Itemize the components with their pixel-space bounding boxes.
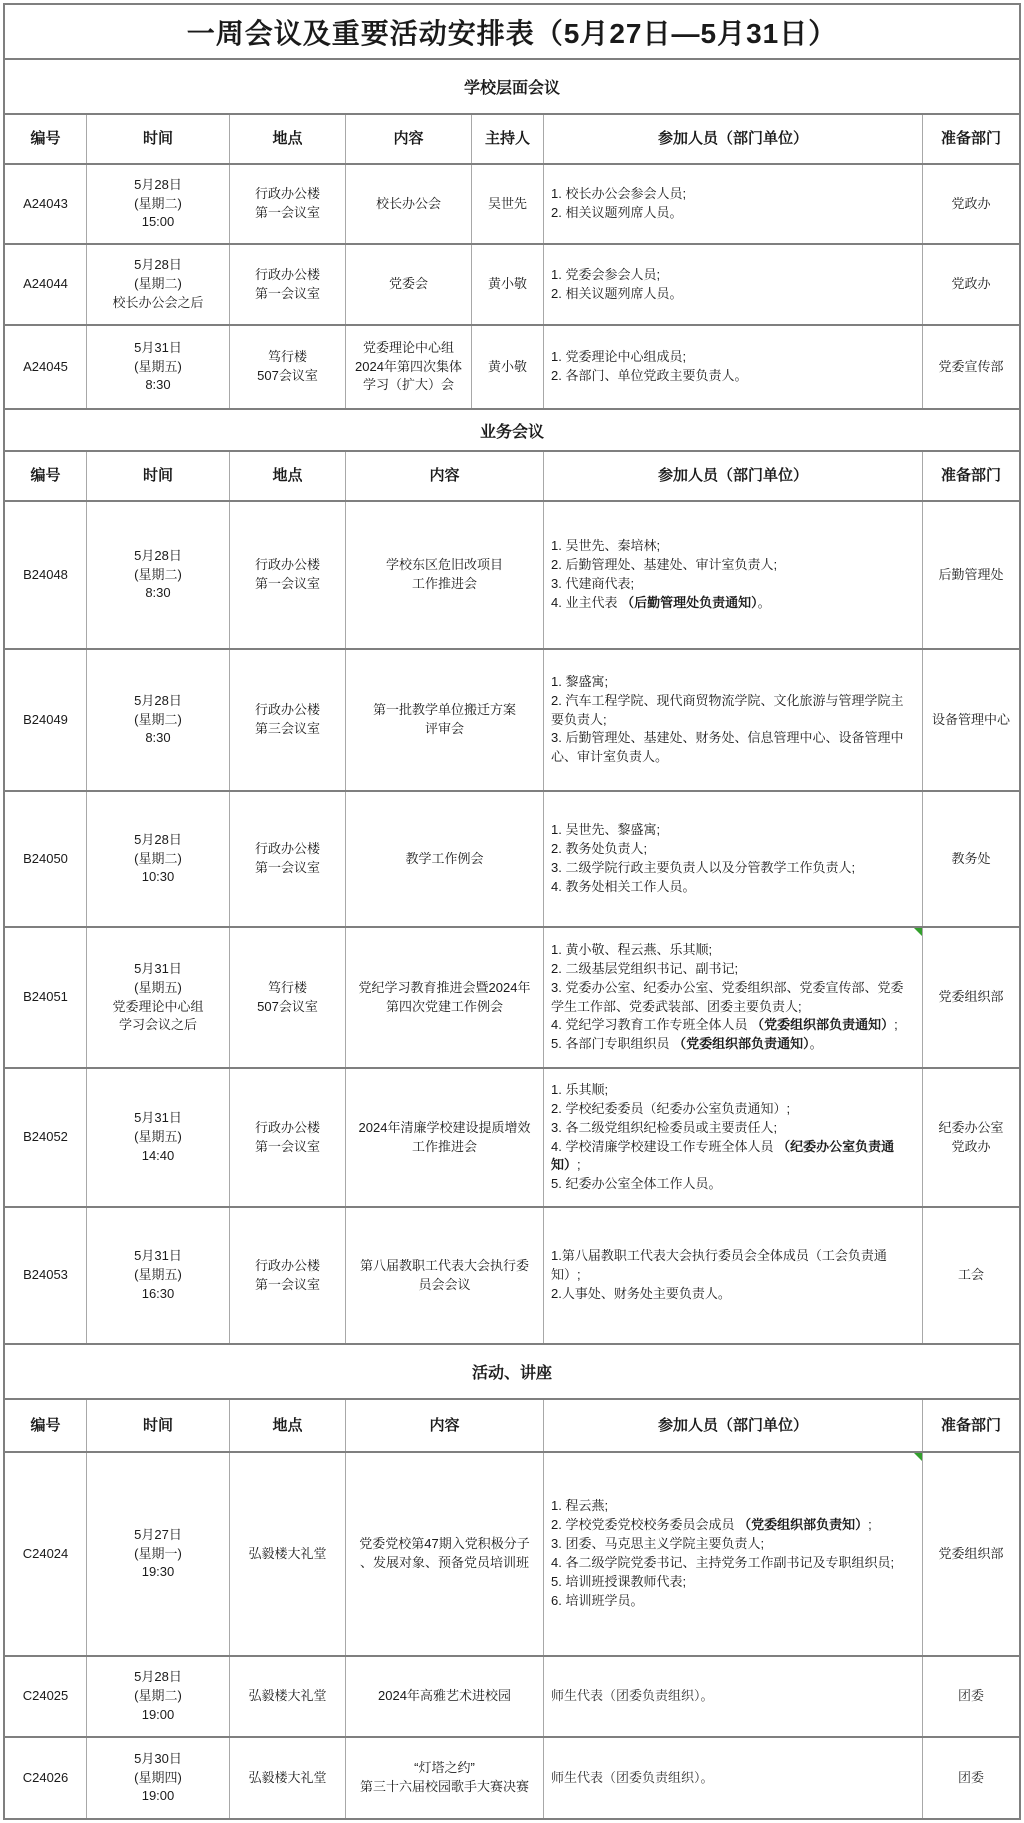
cell-time: 5月31日 (星期五) 党委理论中心组 学习会议之后 xyxy=(87,928,230,1067)
cell-time: 5月28日 (星期二) 校长办公会之后 xyxy=(87,245,230,324)
cell-dept: 纪委办公室 党政办 xyxy=(923,1069,1019,1206)
participant-line: 2. 学校纪委委员（纪委办公室负责通知）; xyxy=(551,1100,914,1119)
participant-line: 5. 各部门专职组织员 （党委组织部负责通知）。 xyxy=(551,1035,914,1054)
cell-content: 第八届教职工代表大会执行委 员会会议 xyxy=(346,1208,544,1343)
cell-host: 吴世先 xyxy=(472,165,544,243)
table-row-B24049: B240495月28日 (星期二) 8:30行政办公楼 第三会议室第一批教学单位… xyxy=(5,648,1019,790)
cell-dept: 团委 xyxy=(923,1738,1019,1818)
participant-line: 2. 二级基层党组织书记、副书记; xyxy=(551,960,914,979)
participant-line: 1. 黎盛寓; xyxy=(551,673,914,692)
participant-line: 4. 业主代表 （后勤管理处负责通知）。 xyxy=(551,594,914,613)
participant-line: 3. 代建商代表; xyxy=(551,575,914,594)
table-row-C24025: C240255月28日 (星期二) 19:00弘毅楼大礼堂2024年高雅艺术进校… xyxy=(5,1655,1019,1736)
cell-code: A24043 xyxy=(5,165,87,243)
participant-line: 4. 党纪学习教育工作专班全体人员 （党委组织部负责通知）; xyxy=(551,1016,914,1035)
cell-dept: 教务处 xyxy=(923,792,1019,926)
cell-place: 弘毅楼大礼堂 xyxy=(230,1453,346,1655)
table-row-B24052: B240525月31日 (星期五) 14:40行政办公楼 第一会议室2024年清… xyxy=(5,1067,1019,1206)
column-header-row: 编号时间地点内容参加人员（部门单位）准备部门 xyxy=(5,1398,1019,1451)
cell-dept: 设备管理中心 xyxy=(923,650,1019,790)
table-sections: 学校层面会议编号时间地点内容主持人参加人员（部门单位）准备部门A240435月2… xyxy=(5,58,1019,1818)
column-header: 地点 xyxy=(230,115,346,163)
table-row-B24051: B240515月31日 (星期五) 党委理论中心组 学习会议之后笃行楼 507会… xyxy=(5,926,1019,1067)
table-row-A24043: A240435月28日 (星期二) 15:00行政办公楼 第一会议室校长办公会吴… xyxy=(5,163,1019,243)
participant-line: 1.第八届教职工代表大会执行委员会全体成员（工会负责通知）; xyxy=(551,1247,914,1285)
participant-line: 1. 吴世先、秦培林; xyxy=(551,537,914,556)
table-row-A24044: A240445月28日 (星期二) 校长办公会之后行政办公楼 第一会议室党委会黄… xyxy=(5,243,1019,324)
participant-line: 3. 团委、马克思主义学院主要负责人; xyxy=(551,1535,914,1554)
participant-line: 1. 乐其顺; xyxy=(551,1081,914,1100)
column-header: 时间 xyxy=(87,115,230,163)
cell-participants: 1. 吴世先、秦培林;2. 后勤管理处、基建处、审计室负责人;3. 代建商代表;… xyxy=(544,502,923,648)
column-header-row: 编号时间地点内容主持人参加人员（部门单位）准备部门 xyxy=(5,113,1019,163)
participant-line: 2. 学校党委党校校务委员会成员 （党委组织部负责知）; xyxy=(551,1516,914,1535)
column-header: 参加人员（部门单位） xyxy=(544,1400,923,1451)
cell-code: C24026 xyxy=(5,1738,87,1818)
cell-place: 行政办公楼 第三会议室 xyxy=(230,650,346,790)
column-header: 主持人 xyxy=(472,115,544,163)
cell-participants: 1. 乐其顺;2. 学校纪委委员（纪委办公室负责通知）;3. 各二级党组织纪检委… xyxy=(544,1069,923,1206)
table-row-B24050: B240505月28日 (星期二) 10:30行政办公楼 第一会议室教学工作例会… xyxy=(5,790,1019,926)
participant-line: 5. 纪委办公室全体工作人员。 xyxy=(551,1175,914,1194)
participant-line: 师生代表（团委负责组织）。 xyxy=(551,1769,914,1788)
cell-comment-marker-icon xyxy=(914,1453,922,1461)
cell-content: “灯塔之约” 第三十六届校园歌手大赛决赛 xyxy=(346,1738,544,1818)
participant-line: 3. 各二级党组织纪检委员或主要责任人; xyxy=(551,1119,914,1138)
cell-content: 党委会 xyxy=(346,245,472,324)
cell-code: B24050 xyxy=(5,792,87,926)
table-row-C24026: C240265月30日 (星期四) 19:00弘毅楼大礼堂“灯塔之约” 第三十六… xyxy=(5,1736,1019,1818)
cell-content: 2024年清廉学校建设提质增效 工作推进会 xyxy=(346,1069,544,1206)
column-header: 内容 xyxy=(346,115,472,163)
cell-participants: 1. 吴世先、黎盛寓;2. 教务处负责人;3. 二级学院行政主要负责人以及分管教… xyxy=(544,792,923,926)
cell-place: 行政办公楼 第一会议室 xyxy=(230,792,346,926)
cell-dept: 党政办 xyxy=(923,165,1019,243)
participant-line: 1. 党委会参会人员; xyxy=(551,266,914,285)
table-row-C24024: C240245月27日 (星期一) 19:30弘毅楼大礼堂党委党校第47期入党积… xyxy=(5,1451,1019,1655)
cell-place: 笃行楼 507会议室 xyxy=(230,326,346,408)
cell-code: C24024 xyxy=(5,1453,87,1655)
column-header: 参加人员（部门单位） xyxy=(544,452,923,500)
cell-code: A24045 xyxy=(5,326,87,408)
cell-participants: 1. 党委会参会人员;2. 相关议题列席人员。 xyxy=(544,245,923,324)
section-header-活动、讲座: 活动、讲座 xyxy=(5,1343,1019,1398)
cell-host: 黄小敬 xyxy=(472,326,544,408)
cell-content: 教学工作例会 xyxy=(346,792,544,926)
cell-time: 5月31日 (星期五) 8:30 xyxy=(87,326,230,408)
cell-place: 弘毅楼大礼堂 xyxy=(230,1738,346,1818)
column-header: 地点 xyxy=(230,452,346,500)
section-header-业务会议: 业务会议 xyxy=(5,408,1019,450)
cell-time: 5月31日 (星期五) 16:30 xyxy=(87,1208,230,1343)
participant-line: 3. 二级学院行政主要负责人以及分管教学工作负责人; xyxy=(551,859,914,878)
cell-content: 2024年高雅艺术进校园 xyxy=(346,1657,544,1736)
participant-line: 4. 教务处相关工作人员。 xyxy=(551,878,914,897)
cell-dept: 党委组织部 xyxy=(923,928,1019,1067)
column-header: 编号 xyxy=(5,115,87,163)
column-header: 地点 xyxy=(230,1400,346,1451)
participant-line: 师生代表（团委负责组织）。 xyxy=(551,1687,914,1706)
column-header: 准备部门 xyxy=(923,452,1019,500)
table-row-A24045: A240455月31日 (星期五) 8:30笃行楼 507会议室党委理论中心组 … xyxy=(5,324,1019,408)
cell-participants: 师生代表（团委负责组织）。 xyxy=(544,1657,923,1736)
column-header: 编号 xyxy=(5,1400,87,1451)
cell-code: B24051 xyxy=(5,928,87,1067)
cell-content: 校长办公会 xyxy=(346,165,472,243)
participant-line: 3. 后勤管理处、基建处、财务处、信息管理中心、设备管理中心、审计室负责人。 xyxy=(551,729,914,767)
cell-dept: 党委宣传部 xyxy=(923,326,1019,408)
cell-participants: 1. 党委理论中心组成员;2. 各部门、单位党政主要负责人。 xyxy=(544,326,923,408)
cell-participants: 1. 程云燕;2. 学校党委党校校务委员会成员 （党委组织部负责知）;3. 团委… xyxy=(544,1453,923,1655)
cell-time: 5月28日 (星期二) 8:30 xyxy=(87,502,230,648)
participant-line: 6. 培训班学员。 xyxy=(551,1592,914,1611)
cell-dept: 党政办 xyxy=(923,245,1019,324)
cell-time: 5月31日 (星期五) 14:40 xyxy=(87,1069,230,1206)
column-header: 内容 xyxy=(346,452,544,500)
column-header: 内容 xyxy=(346,1400,544,1451)
participant-line: 1. 吴世先、黎盛寓; xyxy=(551,821,914,840)
participant-line: 2. 后勤管理处、基建处、审计室负责人; xyxy=(551,556,914,575)
cell-content: 党委理论中心组 2024年第四次集体 学习（扩大）会 xyxy=(346,326,472,408)
cell-participants: 1.第八届教职工代表大会执行委员会全体成员（工会负责通知）;2.人事处、财务处主… xyxy=(544,1208,923,1343)
cell-comment-marker-icon xyxy=(914,928,922,936)
cell-dept: 团委 xyxy=(923,1657,1019,1736)
column-header: 时间 xyxy=(87,452,230,500)
participant-line: 2. 相关议题列席人员。 xyxy=(551,285,914,304)
participant-line: 2. 教务处负责人; xyxy=(551,840,914,859)
cell-time: 5月28日 (星期二) 19:00 xyxy=(87,1657,230,1736)
participant-line: 2.人事处、财务处主要负责人。 xyxy=(551,1285,914,1304)
participant-line: 2. 各部门、单位党政主要负责人。 xyxy=(551,367,914,386)
cell-place: 笃行楼 507会议室 xyxy=(230,928,346,1067)
cell-content: 党委党校第47期入党积极分子 、发展对象、预备党员培训班 xyxy=(346,1453,544,1655)
cell-code: B24049 xyxy=(5,650,87,790)
participant-line: 5. 培训班授课教师代表; xyxy=(551,1573,914,1592)
cell-place: 行政办公楼 第一会议室 xyxy=(230,1208,346,1343)
participant-line: 1. 黄小敬、程云燕、乐其顺; xyxy=(551,941,914,960)
participant-line: 1. 党委理论中心组成员; xyxy=(551,348,914,367)
cell-dept: 后勤管理处 xyxy=(923,502,1019,648)
cell-participants: 师生代表（团委负责组织）。 xyxy=(544,1738,923,1818)
cell-code: B24053 xyxy=(5,1208,87,1343)
cell-time: 5月28日 (星期二) 8:30 xyxy=(87,650,230,790)
cell-content: 党纪学习教育推进会暨2024年 第四次党建工作例会 xyxy=(346,928,544,1067)
cell-place: 行政办公楼 第一会议室 xyxy=(230,1069,346,1206)
column-header: 参加人员（部门单位） xyxy=(544,115,923,163)
cell-host: 黄小敬 xyxy=(472,245,544,324)
weekly-schedule-table: 一周会议及重要活动安排表（5月27日—5月31日） 学校层面会议编号时间地点内容… xyxy=(3,3,1021,1820)
participant-line: 4. 各二级学院党委书记、主持党务工作副书记及专职组织员; xyxy=(551,1554,914,1573)
page-title: 一周会议及重要活动安排表（5月27日—5月31日） xyxy=(5,5,1019,58)
cell-time: 5月30日 (星期四) 19:00 xyxy=(87,1738,230,1818)
column-header: 时间 xyxy=(87,1400,230,1451)
cell-participants: 1. 黄小敬、程云燕、乐其顺;2. 二级基层党组织书记、副书记;3. 党委办公室… xyxy=(544,928,923,1067)
section-header-学校层面会议: 学校层面会议 xyxy=(5,58,1019,113)
cell-dept: 工会 xyxy=(923,1208,1019,1343)
cell-place: 行政办公楼 第一会议室 xyxy=(230,165,346,243)
cell-code: B24052 xyxy=(5,1069,87,1206)
cell-time: 5月28日 (星期二) 15:00 xyxy=(87,165,230,243)
column-header-row: 编号时间地点内容参加人员（部门单位）准备部门 xyxy=(5,450,1019,500)
cell-code: B24048 xyxy=(5,502,87,648)
column-header: 准备部门 xyxy=(923,115,1019,163)
participant-line: 3. 党委办公室、纪委办公室、党委组织部、党委宣传部、党委学生工作部、党委武装部… xyxy=(551,979,914,1017)
cell-time: 5月27日 (星期一) 19:30 xyxy=(87,1453,230,1655)
participant-line: 2. 相关议题列席人员。 xyxy=(551,204,914,223)
cell-content: 第一批教学单位搬迁方案 评审会 xyxy=(346,650,544,790)
cell-time: 5月28日 (星期二) 10:30 xyxy=(87,792,230,926)
cell-participants: 1. 黎盛寓;2. 汽车工程学院、现代商贸物流学院、文化旅游与管理学院主要负责人… xyxy=(544,650,923,790)
cell-content: 学校东区危旧改项目 工作推进会 xyxy=(346,502,544,648)
cell-code: C24025 xyxy=(5,1657,87,1736)
table-row-B24053: B240535月31日 (星期五) 16:30行政办公楼 第一会议室第八届教职工… xyxy=(5,1206,1019,1343)
column-header: 准备部门 xyxy=(923,1400,1019,1451)
participant-line: 2. 汽车工程学院、现代商贸物流学院、文化旅游与管理学院主要负责人; xyxy=(551,692,914,730)
participant-line: 4. 学校清廉学校建设工作专班全体人员 （纪委办公室负责通知）; xyxy=(551,1138,914,1176)
table-row-B24048: B240485月28日 (星期二) 8:30行政办公楼 第一会议室学校东区危旧改… xyxy=(5,500,1019,648)
participant-line: 1. 程云燕; xyxy=(551,1497,914,1516)
cell-place: 行政办公楼 第一会议室 xyxy=(230,245,346,324)
participant-line: 1. 校长办公会参会人员; xyxy=(551,185,914,204)
cell-dept: 党委组织部 xyxy=(923,1453,1019,1655)
column-header: 编号 xyxy=(5,452,87,500)
cell-place: 弘毅楼大礼堂 xyxy=(230,1657,346,1736)
cell-participants: 1. 校长办公会参会人员;2. 相关议题列席人员。 xyxy=(544,165,923,243)
cell-place: 行政办公楼 第一会议室 xyxy=(230,502,346,648)
cell-code: A24044 xyxy=(5,245,87,324)
